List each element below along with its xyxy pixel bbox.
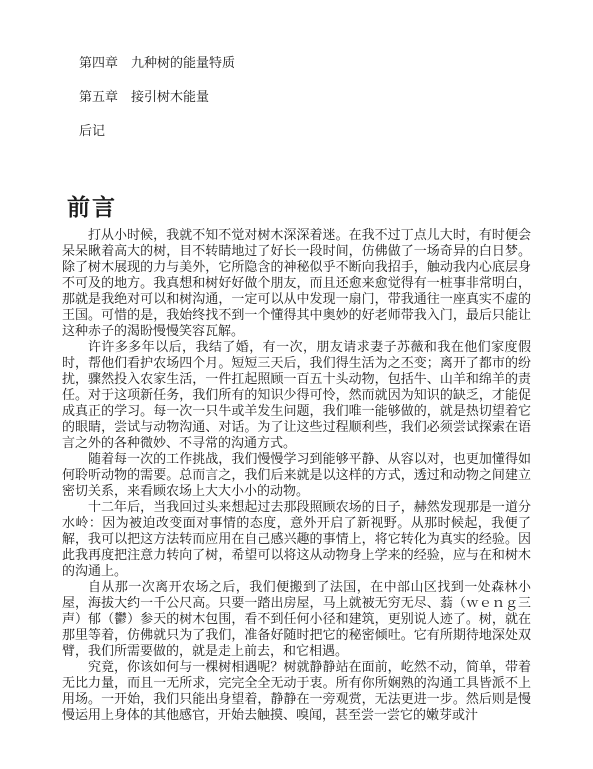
preface-paragraph-5: 自从那一次离开农场之后，我们便搬到了法国，在中部山区找到一处森林小屋，海拔大约一… — [62, 579, 531, 659]
toc-entry-chapter-5: 第五章 接引树木能量 — [79, 90, 531, 104]
toc-entry-chapter-4: 第四章 九种树的能量特质 — [79, 56, 531, 70]
preface-paragraph-2: 许许多多年以后，我结了婚，有一次，朋友请求妻子苏薇和我在他们家度假时，帮他们看护… — [62, 339, 531, 451]
toc-entry-afterword: 后记 — [79, 124, 531, 138]
preface-paragraph-1: 打从小时候，我就不知不觉对树木深深着迷。在我不过丁点儿大时，有时便会呆呆瞅着高大… — [62, 227, 531, 339]
preface-paragraph-4: 十二年后，当我回过头来想起过去那段照顾农场的日子，赫然发现那是一道分水岭：因为被… — [62, 499, 531, 579]
preface-heading: 前言 — [67, 196, 531, 220]
toc-tail: 第四章 九种树的能量特质 第五章 接引树木能量 后记 — [62, 56, 531, 138]
preface-paragraph-3: 随着每一次的工作挑战，我们慢慢学习到能够平静、从容以对，也更加懂得如何聆听动物的… — [62, 451, 531, 499]
document-page: 第四章 九种树的能量特质 第五章 接引树木能量 后记 前言 打从小时候，我就不知… — [0, 0, 593, 769]
preface-body: 打从小时候，我就不知不觉对树木深深着迷。在我不过丁点儿大时，有时便会呆呆瞅着高大… — [62, 227, 531, 723]
preface-paragraph-6: 究竟，你该如何与一棵树相遇呢？树就静静站在面前，屹然不动，简单，带着无比力量，而… — [62, 659, 531, 723]
